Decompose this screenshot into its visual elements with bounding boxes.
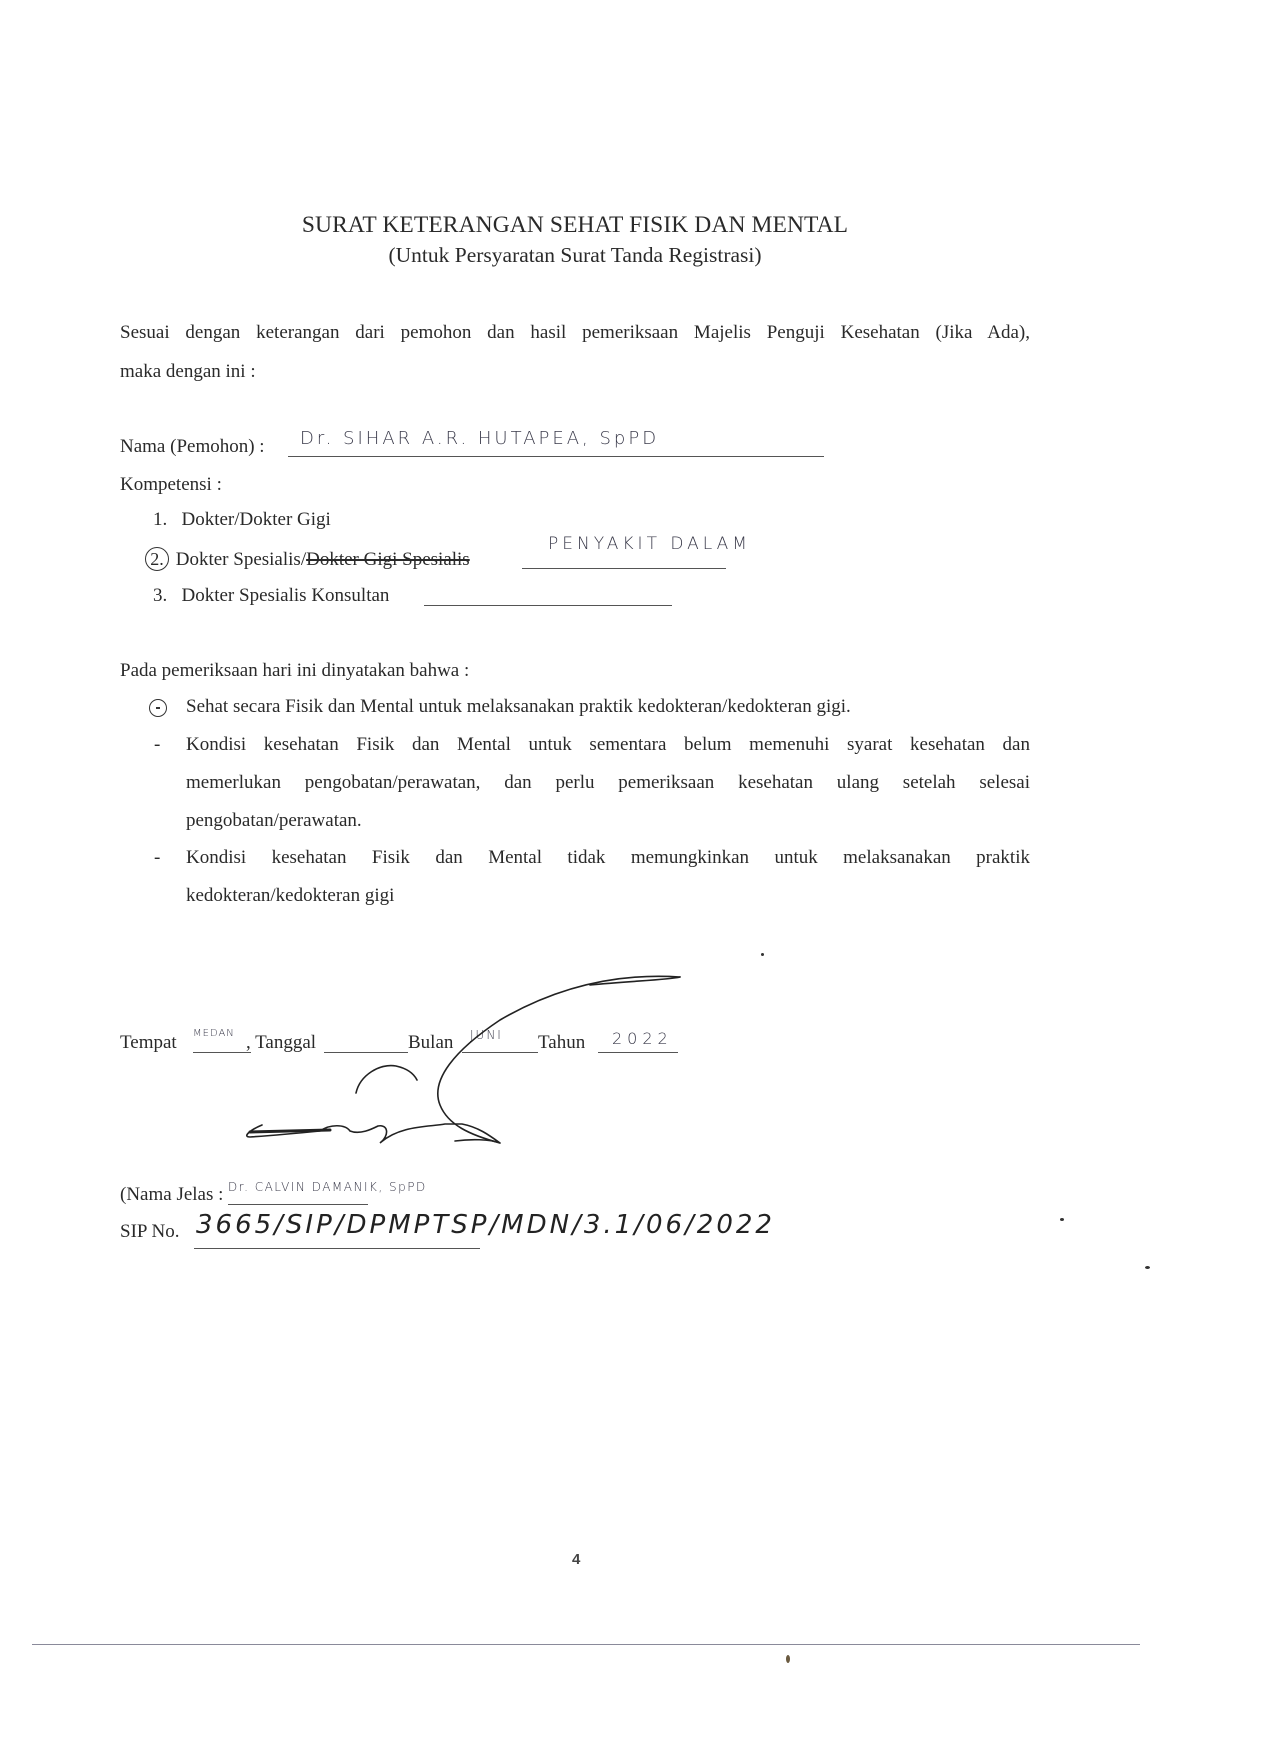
sip-label: SIP No. bbox=[120, 1222, 179, 1242]
document-subtitle: (Untuk Persyaratan Surat Tanda Registras… bbox=[0, 243, 1150, 268]
sip-field[interactable]: 3665/SIP/DPMPTSP/MDN/3.1/06/2022 bbox=[196, 1210, 775, 1240]
year-line bbox=[598, 1052, 678, 1053]
scan-speck bbox=[1060, 1218, 1064, 1221]
date-label: , Tanggal bbox=[246, 1033, 316, 1053]
competence-item-3[interactable]: 3. Dokter Spesialis Konsultan bbox=[153, 586, 389, 606]
applicant-label: Nama (Pemohon) : bbox=[120, 437, 265, 457]
selected-bullet-circle-icon[interactable] bbox=[149, 699, 167, 717]
competence-item-text: Dokter/Dokter Gigi bbox=[182, 509, 331, 530]
year-label: Tahun bbox=[538, 1033, 585, 1053]
finding-option-3-line-1: Kondisi kesehatan Fisik dan Mental tidak… bbox=[186, 848, 1030, 868]
competence-item-text: Dokter Spesialis Konsultan bbox=[182, 585, 390, 606]
signer-name-field[interactable]: Dr. CALVIN DAMANIK, SpPD bbox=[228, 1180, 427, 1194]
finding-option-2-line-3: pengobatan/perawatan. bbox=[186, 811, 362, 831]
specialty-line bbox=[522, 568, 726, 569]
consultant-line bbox=[424, 605, 672, 606]
specialty-field[interactable]: PENYAKIT DALAM bbox=[548, 534, 751, 554]
competence-item-1[interactable]: 1. Dokter/Dokter Gigi bbox=[153, 510, 331, 530]
bottom-rule-divider bbox=[32, 1644, 1140, 1645]
dash-bullet-icon[interactable]: - bbox=[154, 734, 160, 756]
finding-option-2-line-2: memerlukan pengobatan/perawatan, dan per… bbox=[186, 773, 1030, 793]
signer-name-line bbox=[228, 1204, 368, 1205]
competence-item-number: 3. bbox=[153, 585, 167, 606]
applicant-name-line bbox=[288, 456, 824, 457]
month-field[interactable]: JUNI bbox=[470, 1028, 503, 1042]
intro-line-1: Sesuai dengan keterangan dari pemohon da… bbox=[120, 323, 1030, 343]
struck-text: Dokter Gigi Spesialis bbox=[306, 549, 470, 570]
scan-speck bbox=[1145, 1266, 1150, 1269]
applicant-name-field[interactable]: Dr. SIHAR A.R. HUTAPEA, SpPD bbox=[300, 428, 659, 449]
document-title: SURAT KETERANGAN SEHAT FISIK DAN MENTAL bbox=[0, 212, 1150, 239]
month-line bbox=[462, 1052, 538, 1053]
year-field[interactable]: 2022 bbox=[612, 1029, 673, 1048]
competence-label: Kompetensi : bbox=[120, 475, 222, 495]
signer-name-label: (Nama Jelas : bbox=[120, 1185, 223, 1205]
sip-line bbox=[194, 1248, 480, 1249]
scan-speck bbox=[761, 953, 764, 956]
finding-option-3-line-2: kedokteran/kedokteran gigi bbox=[186, 886, 394, 906]
finding-option-2-line-1: Kondisi kesehatan Fisik dan Mental untuk… bbox=[186, 735, 1030, 755]
place-label: Tempat bbox=[120, 1033, 177, 1053]
date-line bbox=[324, 1052, 408, 1053]
competence-item-text: Dokter Spesialis/ bbox=[176, 549, 306, 570]
month-label: Bulan bbox=[408, 1033, 453, 1053]
dash-bullet-icon[interactable]: - bbox=[154, 847, 160, 869]
place-line bbox=[193, 1052, 251, 1053]
intro-line-2: maka dengan ini : bbox=[120, 362, 256, 382]
competence-item-number: 1. bbox=[153, 509, 167, 530]
page-number: 4 bbox=[572, 1551, 580, 1568]
finding-option-1: Sehat secara Fisik dan Mental untuk mela… bbox=[186, 697, 851, 717]
place-field[interactable]: MEDAN bbox=[193, 1028, 235, 1039]
competence-item-2[interactable]: 2. Dokter Spesialis/Dokter Gigi Spesiali… bbox=[150, 547, 470, 571]
scan-speck bbox=[786, 1655, 790, 1663]
selected-circle-mark: 2. bbox=[145, 547, 169, 571]
findings-label: Pada pemeriksaan hari ini dinyatakan bah… bbox=[120, 661, 469, 681]
